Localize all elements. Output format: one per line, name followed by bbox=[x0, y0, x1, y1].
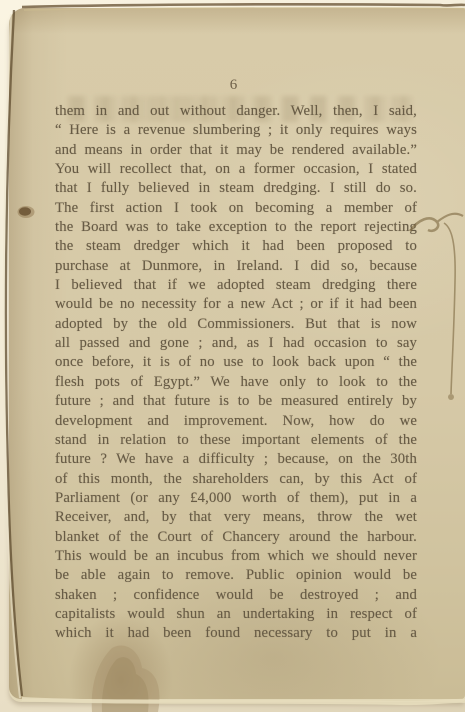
text-line: flesh pots of Egypt.” We have only to lo… bbox=[55, 373, 417, 392]
text-line: This would be an incubus from which we s… bbox=[55, 547, 417, 566]
page-number: 6 bbox=[55, 77, 413, 94]
text-line: and means in order that it may be render… bbox=[55, 141, 417, 160]
text-line: which it had been found necessary to put… bbox=[55, 624, 417, 643]
text-line: “ Here is a revenue slumbering ; it only… bbox=[55, 121, 417, 140]
text-line: be able again to remove. Public opinion … bbox=[55, 566, 417, 585]
text-line: future ? We have a difficulty ; because,… bbox=[55, 450, 417, 469]
text-line: adopted by the old Commissioners. But th… bbox=[55, 315, 417, 334]
text-line: The first action I took on becoming a me… bbox=[55, 199, 417, 218]
page-top-edge bbox=[22, 4, 465, 7]
text-line: that I fully believed in steam dredging.… bbox=[55, 179, 417, 198]
text-line: future ; and that future is to be measur… bbox=[55, 392, 417, 411]
page-bottom-edge bbox=[22, 699, 465, 703]
text-line: shaken ; confidence would be destroyed ;… bbox=[55, 586, 417, 605]
text-line: the Board was to take exception to the r… bbox=[55, 218, 417, 237]
scan-background: 6 them in and out without danger. Well, … bbox=[0, 0, 465, 712]
text-line: of this month, the shareholders can, by … bbox=[55, 470, 417, 489]
text-block: them in and out without danger. Well, th… bbox=[55, 102, 417, 644]
text-line: You will recollect that, on a former occ… bbox=[55, 160, 417, 179]
book-page: 6 them in and out without danger. Well, … bbox=[9, 8, 465, 699]
text-line: Parliament (or any £4,000 worth of them)… bbox=[55, 489, 417, 508]
text-line: once before, it is of no use to look bac… bbox=[55, 353, 417, 372]
text-line: I believed that if we adopted steam dred… bbox=[55, 276, 417, 295]
text-line: Receiver, and, by that very means, throw… bbox=[55, 508, 417, 527]
text-line: would be no necessity for a new Act ; or… bbox=[55, 295, 417, 314]
text-line: all passed and gone ; and, as I had occa… bbox=[55, 334, 417, 353]
text-line: stand in relation to these important ele… bbox=[55, 431, 417, 450]
text-line: the steam dredger which it had been prop… bbox=[55, 237, 417, 256]
text-line: development and improvement. Now, how do… bbox=[55, 412, 417, 431]
text-line: purchase at Dunmore, in Ireland. I did s… bbox=[55, 257, 417, 276]
text-line: capitalists would shun an undertaking in… bbox=[55, 605, 417, 624]
text-line: them in and out without danger. Well, th… bbox=[55, 102, 417, 121]
text-line: blanket of the Court of Chancery around … bbox=[55, 528, 417, 547]
